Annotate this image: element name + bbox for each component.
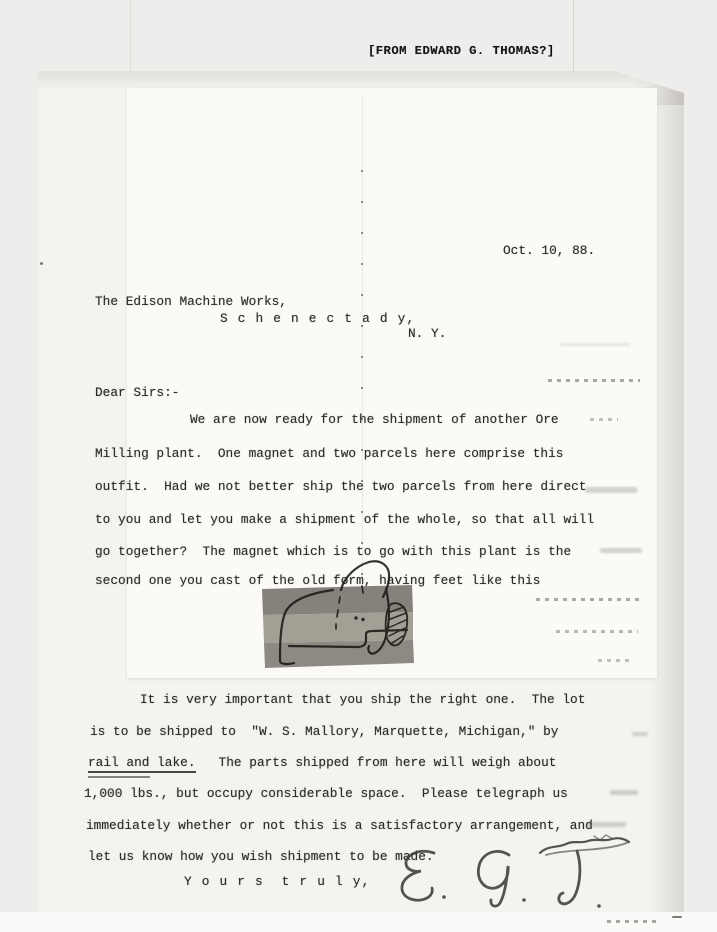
underlined-phrase: rail and lake. [88, 755, 196, 773]
fold-crease-dots [361, 170, 363, 608]
archivist-annotation: [FROM EDWARD G. THOMAS?] [368, 44, 555, 58]
body-line: 1,000 lbs., but occupy considerable spac… [84, 786, 568, 802]
magnet-sketch [240, 550, 450, 680]
salutation: Dear Sirs:- [95, 385, 179, 401]
date-line: Oct. 10, 88. [503, 243, 595, 259]
body-line: It is very important that you ship the r… [140, 692, 585, 708]
body-line-rest: The parts shipped from here will weigh a… [196, 755, 557, 770]
closing-valediction: Y o u r s t r u l y, [184, 874, 370, 890]
background-crease [573, 0, 574, 72]
body-line: let us know how you wish shipment to be … [88, 849, 434, 865]
body-line: outfit. Had we not better ship the two p… [95, 479, 586, 495]
body-line: rail and lake. The parts shipped from he… [88, 755, 556, 771]
signature-initials [390, 825, 640, 920]
recipient-state: N. Y. [408, 326, 446, 342]
background-crease [130, 0, 131, 70]
recipient-city: S c h e n e c t a d y, [220, 311, 415, 327]
body-line: to you and let you make a shipment of th… [95, 512, 594, 528]
underline-stroke [88, 776, 150, 778]
signature-strokes [402, 835, 629, 908]
scanned-letter-document: [FROM EDWARD G. THOMAS?] Oct. 10, 88. Th… [0, 0, 717, 932]
body-line: is to be shipped to "W. S. Mallory, Marq… [90, 724, 558, 740]
body-line: Milling plant. One magnet and two parcel… [95, 446, 563, 462]
body-line: We are now ready for the shipment of ano… [190, 412, 559, 428]
recipient-name: The Edison Machine Works, [95, 294, 287, 310]
